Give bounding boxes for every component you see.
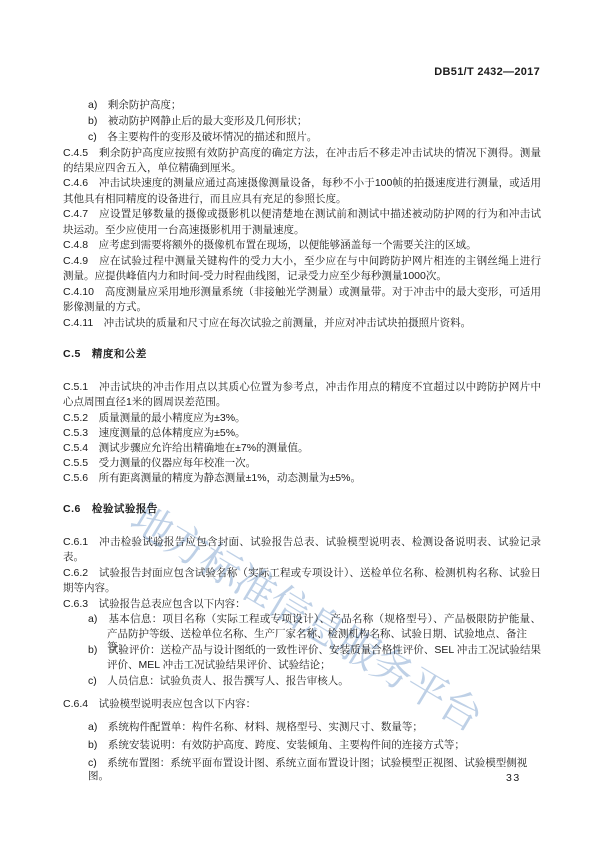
clause-line: C.5.4 测试步骤应允许给出精确地在±7%的测量值。 xyxy=(63,442,541,455)
clause-line: C.4.5 剩余防护高度应按照有效防护高度的确定方法，在冲击后不移走冲击试块的情… xyxy=(63,147,541,160)
clause-line: 其他具有相同精度的设备进行，而且应具有充足的参照长度。 xyxy=(63,193,541,206)
clause-line: C.4.8 应考虑到需要将额外的摄像机布置在现场，以便能够涵盖每一个需要关注的区… xyxy=(63,239,541,252)
clause-line: 表。 xyxy=(63,551,541,564)
list-item-line: b) 被动防护网静止后的最大变形及几何形状； xyxy=(88,115,541,128)
clause-line: C.5.2 质量测量的最小精度应为±3%。 xyxy=(63,412,541,425)
list-item-line: c) 系统布置图：系统平面布置设计图、系统立面布置设计图；试验模型正视图、试验模… xyxy=(88,757,541,783)
clause-line: C.6.4 试验模型说明表应包含以下内容： xyxy=(63,698,541,711)
clause-line: C.6.2 试验报告封面应包含试验名称（实际工程或专项设计）、送检单位名称、检测… xyxy=(63,567,541,580)
list-item-line: c) 各主要构件的变形及破坏情况的描述和照片。 xyxy=(88,131,541,144)
header-standard-code: DB51/T 2432—2017 xyxy=(434,66,540,78)
page-number: 33 xyxy=(506,772,521,784)
clause-line: C.4.10 高度测量应采用地形测量系统（非接触光学测量）或测量带。对于冲击中的… xyxy=(63,286,541,299)
clause-line: C.5.5 受力测量的仪器应每年校准一次。 xyxy=(63,457,541,470)
clause-line: 的结果应四舍五入，单位精确到厘米。 xyxy=(63,162,541,175)
section-heading: C.6 检验试验报告 xyxy=(63,503,541,516)
list-item-line: b) 试验评价：送检产品与设计图纸的一致性评价、安装质量合格性评价、SEL 冲击… xyxy=(88,644,541,657)
clause-line: C.4.9 应在试验过程中测量关键构件的受力大小，至少应在与中间跨防护网片相连的… xyxy=(63,255,541,268)
clause-line: 块运动。至少应使用一台高速摄影机用于测量速度。 xyxy=(63,224,541,237)
clause-line: C.4.11 冲击试块的质量和尺寸应在每次试验之前测量，并应对冲击试块拍摄照片资… xyxy=(63,317,541,330)
clause-line: 测量。应提供峰值内力和时间-受力时程曲线图，记录受力应至少每秒测量1000次。 xyxy=(63,270,541,283)
clause-line: 期等内容。 xyxy=(63,582,541,595)
clause-line: 影像测量的方式。 xyxy=(63,301,541,314)
clause-line: C.5.3 速度测量的总体精度应为±5%。 xyxy=(63,427,541,440)
clause-line: 心点周围直径1米的圆周误差范围。 xyxy=(63,396,541,409)
document-page: 地方标准信息服务平台 DB51/T 2432—2017 a) 剩余防护高度； b… xyxy=(0,0,596,842)
clause-line: C.6.3 试验报告总表应包含以下内容： xyxy=(63,598,541,611)
section-heading: C.5 精度和公差 xyxy=(63,348,541,361)
clause-line: C.4.7 应设置足够数量的摄像或摄影机以便清楚地在测试前和测试中描述被动防护网… xyxy=(63,208,541,221)
list-item-line: a) 系统构件配置单：构件名称、材料、规格型号、实测尺寸、数量等； xyxy=(88,721,541,734)
clause-line: C.5.6 所有距离测量的精度为静态测量±1%，动态测量为±5%。 xyxy=(63,472,541,485)
list-item-line: b) 系统安装说明：有效防护高度、跨度、安装倾角、主要构件间的连接方式等； xyxy=(88,739,541,752)
clause-line: C.5.1 冲击试块的冲击作用点以其质心位置为参考点，冲击作用点的精度不宜超过以… xyxy=(63,381,541,394)
list-item-continuation: 评价、MEL 冲击工况试验结果评价、试验结论； xyxy=(107,659,541,672)
list-item-line: c) 人员信息：试验负责人、报告撰写人、报告审核人。 xyxy=(88,675,541,688)
list-item-line: a) 剩余防护高度； xyxy=(88,99,541,112)
clause-line: C.4.6 冲击试块速度的测量应通过高速摄像测量设备，每秒不小于100帧的拍摄速… xyxy=(63,177,541,190)
list-item-line: a) 基本信息：项目名称（实际工程或专项设计）、产品名称（规格型号）、产品极限防… xyxy=(88,613,541,626)
clause-line: C.6.1 冲击检验试验报告应包含封面、试验报告总表、试验模型说明表、检测设备说… xyxy=(63,536,541,549)
